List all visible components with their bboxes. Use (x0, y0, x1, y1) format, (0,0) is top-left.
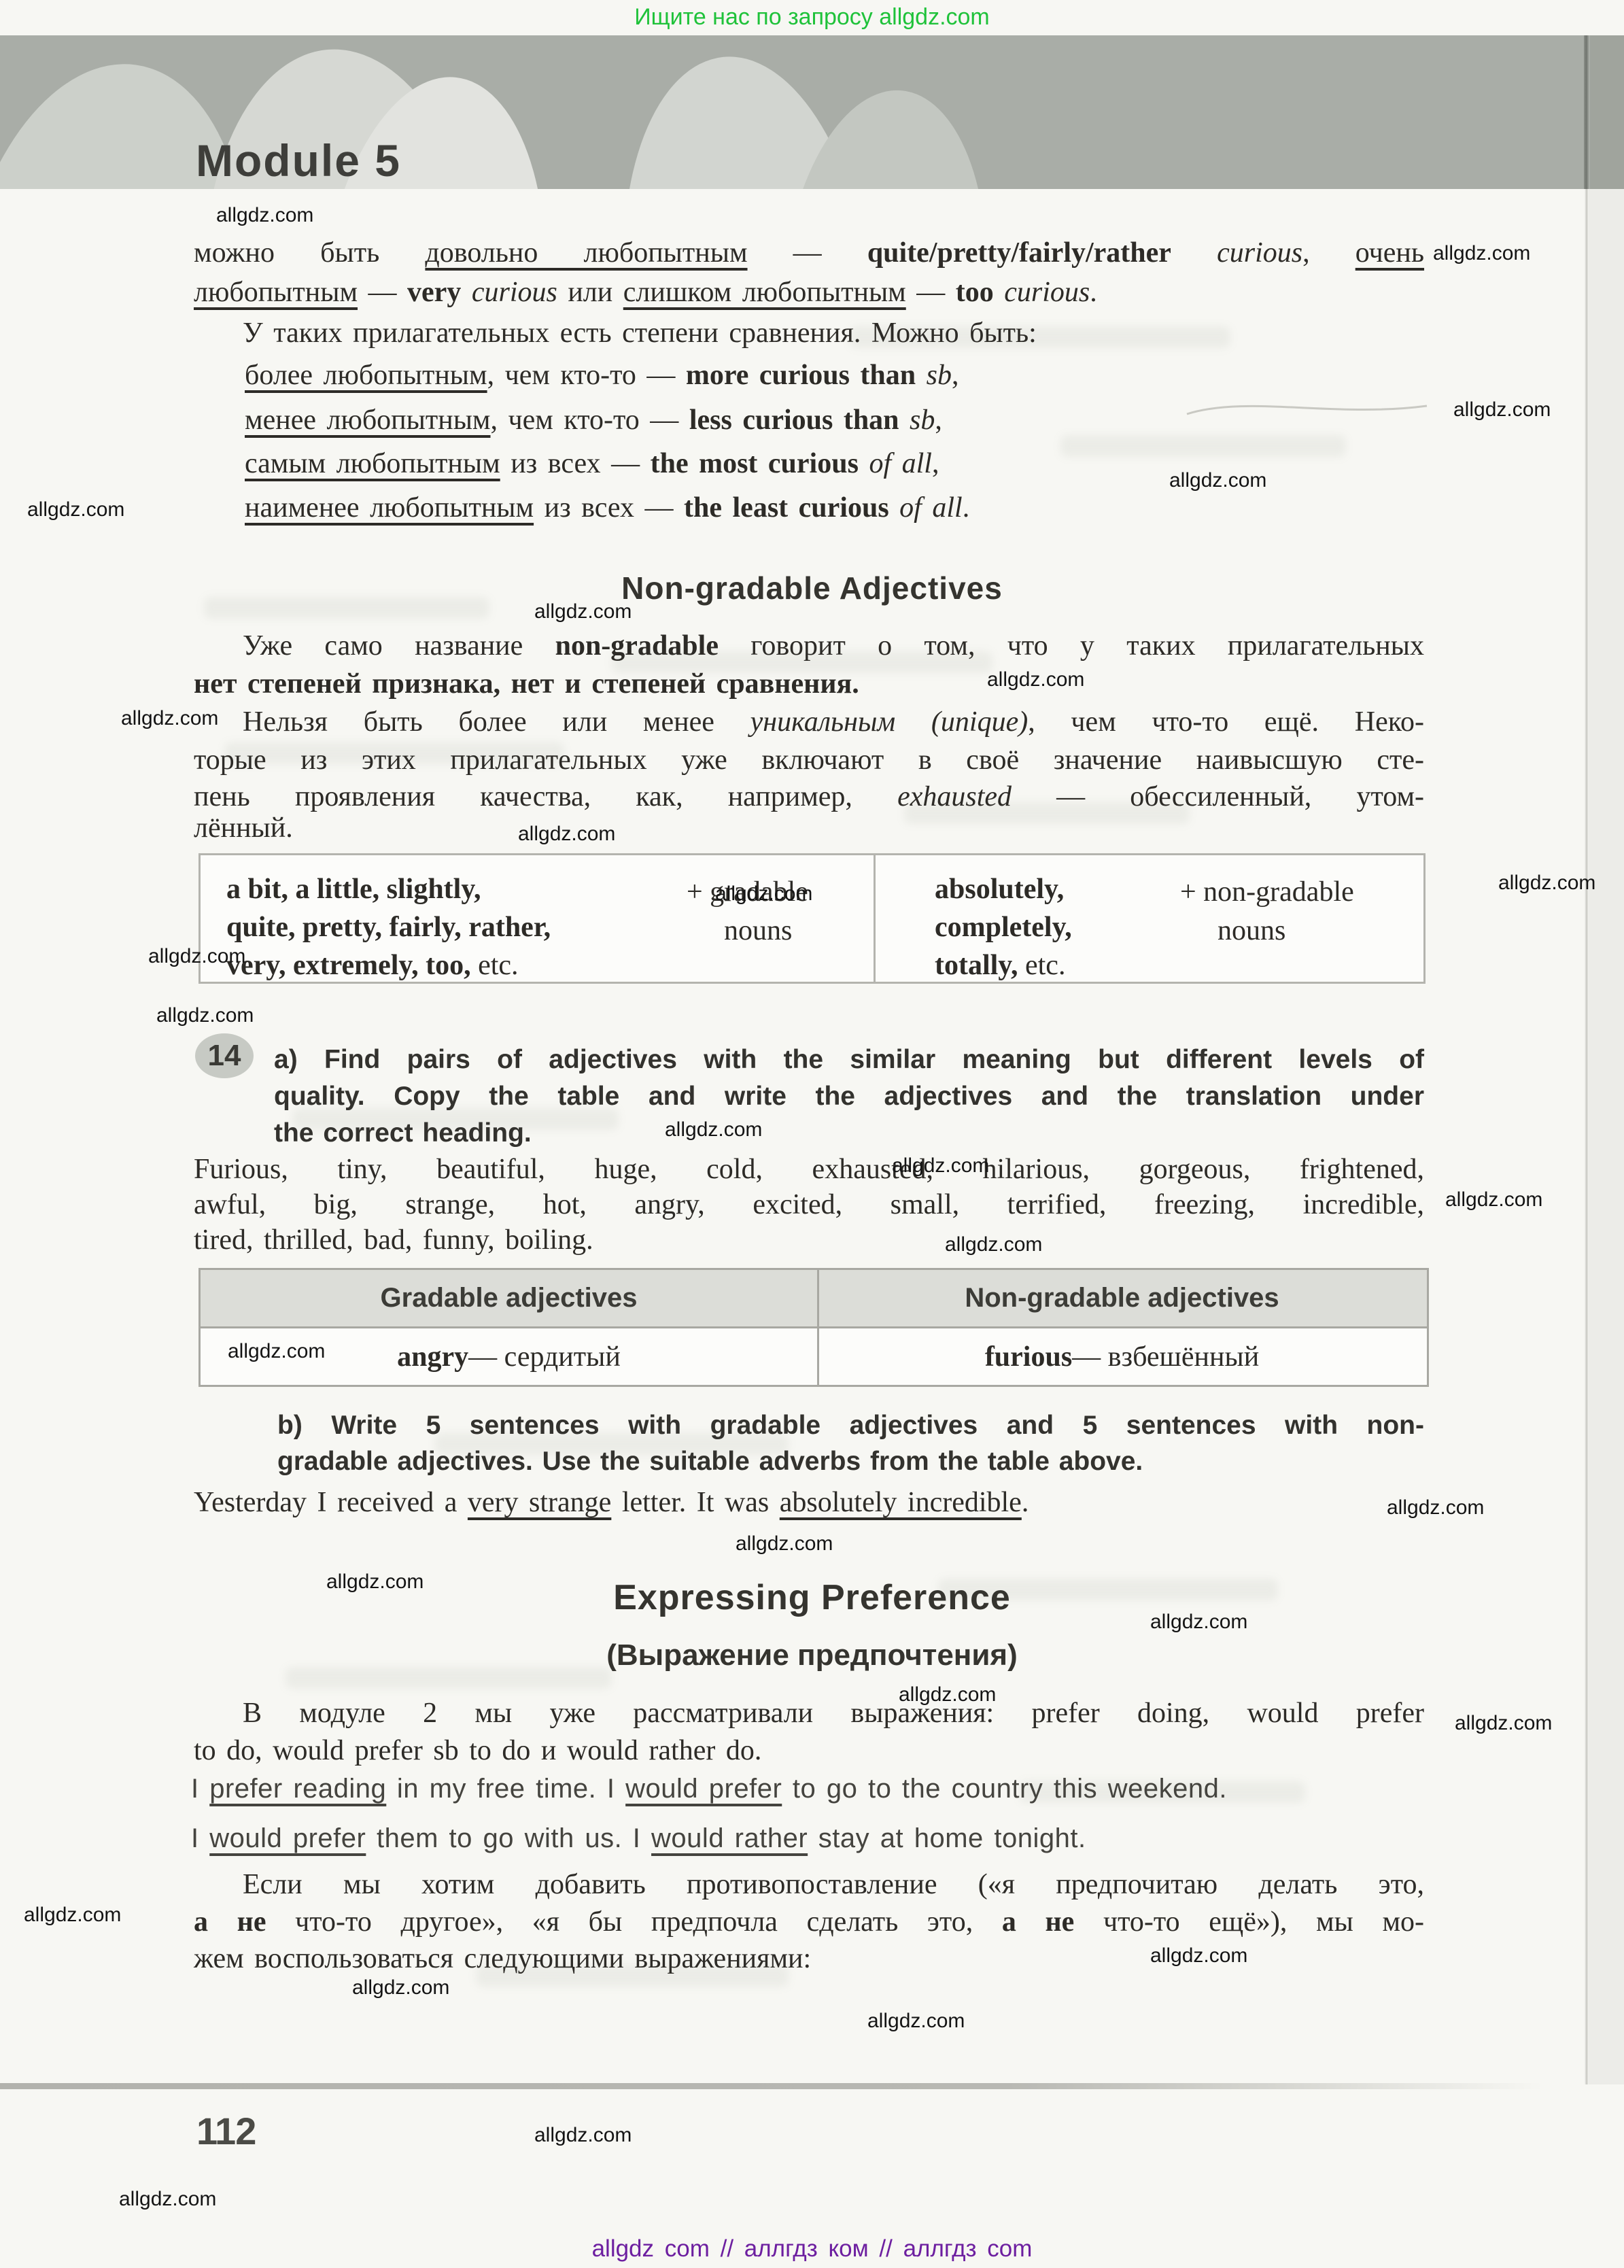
text-segment: — (748, 237, 867, 269)
table-cell-line: quite, pretty, fairly, rather, (226, 908, 551, 946)
comparison-list-line: менее любопытным, чем кто-то — less curi… (245, 404, 1475, 438)
exercise-instruction-line: quality. Copy the table and write the ad… (274, 1081, 1424, 1112)
text-segment: in my free time. I (386, 1774, 625, 1804)
gradable-adverbs-cell: a bit, a little, slightly, quite, pretty… (226, 870, 551, 984)
allgdz-watermark: allgdz.com (892, 1154, 989, 1178)
pairs-table-cell-nongradable: furious — взбешённый (817, 1328, 1427, 1385)
grammar-intro-line: любопытным — very curious или слишком лю… (194, 276, 1424, 310)
page-fold-strip (1590, 35, 1624, 189)
adjective-list-line: Furious, tiny, beautiful, huge, cold, ex… (194, 1153, 1424, 1187)
text-segment: говорит о том, что у таких прилагательны… (719, 630, 1424, 661)
text-segment: prefer reading (209, 1774, 386, 1804)
text-segment: слишком любопытным (623, 277, 906, 308)
text-segment: можно быть (194, 237, 425, 269)
text-segment: — взбешённый (1072, 1341, 1259, 1373)
allgdz-watermark: allgdz.com (352, 1976, 449, 1999)
text-segment: letter. It was (611, 1487, 779, 1518)
grammar-intro-line: У таких прилагательных есть степени срав… (243, 317, 1473, 351)
text-segment: of all (899, 492, 963, 523)
text-segment: too (956, 277, 994, 308)
preference-paragraph-line: В модуле 2 мы уже рассматривали выражени… (194, 1697, 1424, 1731)
exercise-instruction-line: a) Find pairs of adjectives with the sim… (274, 1044, 1424, 1076)
text-segment: нет степеней признака, нет и степеней ср… (194, 668, 859, 700)
nongradable-paragraph-line: пень проявления качества, как, например,… (194, 780, 1424, 814)
comparison-list-line: более любопытным, чем кто-то — more curi… (245, 359, 1475, 393)
table-column-divider (874, 855, 876, 982)
text-segment: — сердитый (468, 1341, 621, 1373)
exercise-number-badge: 14 (195, 1033, 254, 1078)
preference-paragraph-line: Если мы хотим добавить противопоставлени… (194, 1868, 1424, 1902)
allgdz-watermark: allgdz.com (945, 1233, 1042, 1256)
page-fold-crease (1585, 189, 1589, 2084)
text-segment: или (557, 277, 623, 308)
text-segment: . (1090, 277, 1097, 308)
text-segment: Нельзя быть более или менее (243, 706, 750, 738)
text-segment: — (906, 277, 956, 308)
text-segment: У таких прилагательных есть степени срав… (243, 317, 1037, 349)
allgdz-watermark: allgdz.com (665, 1118, 762, 1141)
text-segment: the least curious (684, 492, 889, 523)
nongradable-paragraph-line: торые из этих прилагательных уже включаю… (194, 744, 1424, 778)
text-segment: пень проявления качества, как, например, (194, 781, 897, 812)
text-segment: sb (910, 405, 935, 436)
text-segment: самым любопытным (245, 448, 500, 479)
table-cell-line: absolutely, (935, 870, 1072, 908)
allgdz-watermark: allgdz.com (27, 498, 124, 521)
text-segment: exhausted (897, 781, 1012, 812)
pairs-table-header-gradable: Gradable adjectives (201, 1270, 817, 1326)
allgdz-watermark: allgdz.com (534, 2124, 632, 2147)
allgdz-watermark: allgdz.com (1453, 398, 1551, 422)
text-segment: completely, (935, 912, 1072, 943)
table-cell-line: completely, (935, 908, 1072, 946)
allgdz-watermark: allgdz.com (228, 1340, 325, 1363)
text-segment: to do, would prefer sb to do и would rat… (194, 1735, 761, 1766)
text-segment: любопытным (194, 277, 358, 308)
allgdz-watermark: allgdz.com (867, 2010, 965, 2033)
text-segment: would prefer (209, 1823, 366, 1853)
text-segment: the most curious (651, 448, 859, 479)
text-segment: , (1302, 237, 1355, 269)
text-segment: жем воспользоваться следующими выражения… (194, 1943, 811, 1974)
text-segment: curious (1217, 237, 1302, 269)
allgdz-watermark: allgdz.com (156, 1004, 254, 1027)
text-segment: уникальным (unique) (750, 706, 1029, 738)
text-segment: . (1022, 1487, 1029, 1518)
text-segment (461, 277, 472, 308)
text-segment: to go to the country this weekend. (782, 1774, 1227, 1804)
text-segment: of all (869, 448, 932, 479)
page-fold-strip (1589, 189, 1624, 2084)
preference-paragraph-line: to do, would prefer sb to do и would rat… (194, 1734, 1424, 1768)
adverbs-table: a bit, a little, slightly, quite, pretty… (198, 853, 1426, 984)
page-edge-line (0, 2083, 1624, 2089)
text-segment: quite, pretty, fairly, rather, (226, 912, 551, 943)
section-heading-nongradable: Non-gradable Adjectives (0, 570, 1624, 606)
top-promo-banner: Ищите нас по запросу allgdz.com (0, 4, 1624, 31)
section-heading-preference: Expressing Preference (0, 1577, 1624, 1618)
text-segment: etc. (1025, 950, 1065, 981)
text-segment: curious (472, 277, 557, 308)
exercise-instruction-line: gradable adjectives. Use the suitable ad… (277, 1446, 1424, 1477)
allgdz-watermark: allgdz.com (518, 823, 615, 846)
text-segment: наименее любопытным (245, 492, 534, 523)
text-segment: , (932, 448, 939, 479)
text-segment: more curious than (686, 360, 916, 391)
text-segment: торые из этих прилагательных уже включаю… (194, 744, 1424, 776)
exercise-instruction-line: b) Write 5 sentences with gradable adjec… (277, 1410, 1424, 1441)
page-fold-crease (1584, 35, 1589, 189)
text-segment (916, 360, 927, 391)
text-segment: . (963, 492, 970, 523)
text-segment: very (407, 277, 461, 308)
pairs-table-body-row: angry — сердитый furious — взбешённый (201, 1328, 1427, 1385)
allgdz-watermark: allgdz.com (119, 2188, 216, 2211)
text-segment: что-то ещё»), мы мо- (1074, 1906, 1424, 1938)
allgdz-watermark: allgdz.com (1150, 1611, 1247, 1634)
table-cell-line: + non-gradable (1180, 873, 1354, 912)
text-segment (1171, 237, 1217, 269)
bottom-promo-line: allgdz com // аллгдз ком // аллгдз com (0, 2235, 1624, 2263)
allgdz-watermark: allgdz.com (1169, 469, 1266, 492)
adjective-list-line: tired, thrilled, bad, funny, boiling. (194, 1224, 1424, 1258)
text-segment: totally, (935, 950, 1025, 981)
grammar-intro-line: можно быть довольно любопытным — quite/p… (194, 237, 1424, 271)
text-segment: — обессиленный, утом- (1012, 781, 1424, 812)
text-segment (994, 277, 1005, 308)
text-segment: them to go with us. I (366, 1823, 651, 1853)
nongradable-paragraph-line: нет степеней признака, нет и степеней ср… (194, 668, 1424, 702)
module-title: Module 5 (196, 135, 401, 186)
text-segment: Если мы хотим добавить противопоставлени… (243, 1869, 1424, 1900)
text-segment: а не (1002, 1906, 1074, 1938)
pairs-table: Gradable adjectives Non-gradable adjecti… (198, 1268, 1429, 1387)
text-segment: sb (927, 360, 952, 391)
comparison-list-line: наименее любопытным из всех — the least … (245, 492, 1475, 526)
table-cell-line: totally, etc. (935, 946, 1072, 984)
text-segment: curious (1004, 277, 1090, 308)
text-segment: , (952, 360, 959, 391)
allgdz-watermark: allgdz.com (1445, 1188, 1542, 1212)
allgdz-watermark: allgdz.com (1150, 1944, 1247, 1968)
text-segment: Уже само название (243, 630, 555, 661)
text-segment: quite/pretty/fairly/rather (867, 237, 1171, 269)
text-segment: , чем кто-то — (487, 360, 686, 391)
nongradable-adverbs-cell: absolutely, completely, totally, etc. (935, 870, 1072, 984)
text-segment: non-gradable (555, 630, 719, 661)
allgdz-watermark: allgdz.com (121, 707, 218, 730)
text-segment: absolutely, (935, 874, 1064, 905)
comparison-list-line: самым любопытным из всех — the most curi… (245, 447, 1475, 481)
text-segment: , чем что-то ещё. Неко- (1028, 706, 1424, 738)
text-segment: из всех — (500, 448, 651, 479)
pairs-table-header-nongradable: Non-gradable adjectives (817, 1270, 1427, 1326)
text-segment: would prefer (625, 1774, 782, 1804)
preference-example-sentence: I would prefer them to go with us. I wou… (191, 1823, 1421, 1855)
text-segment: а не (194, 1906, 266, 1938)
text-segment: less curious than (689, 405, 899, 436)
exercise-number: 14 (208, 1039, 241, 1073)
text-segment: более любопытным (245, 360, 487, 391)
section-subheading-preference: (Выражение предпочтения) (0, 1638, 1624, 1672)
allgdz-watermark: allgdz.com (216, 204, 313, 227)
exercise-instruction-line: the correct heading. (274, 1118, 1424, 1149)
text-segment: В модуле 2 мы уже рассматривали выражени… (243, 1698, 1424, 1729)
preference-example-sentence: I prefer reading in my free time. I woul… (191, 1773, 1421, 1805)
page-number: 112 (196, 2109, 256, 2153)
text-segment: furious (985, 1341, 1072, 1373)
text-segment (889, 492, 900, 523)
allgdz-watermark: allgdz.com (1498, 872, 1595, 895)
preference-paragraph-line: а не что-то другое», «я бы предпочла сде… (194, 1906, 1424, 1940)
allgdz-watermark: allgdz.com (24, 1904, 121, 1927)
table-column-divider (817, 1270, 819, 1385)
text-segment: angry (397, 1341, 468, 1373)
text-segment: лённый. (194, 812, 293, 844)
allgdz-watermark: allgdz.com (899, 1683, 996, 1706)
text-segment: very, extremely, too, (226, 950, 478, 981)
allgdz-watermark: allgdz.com (1433, 242, 1530, 265)
allgdz-watermark: allgdz.com (326, 1570, 424, 1594)
table-cell-line: very, extremely, too, etc. (226, 946, 551, 984)
allgdz-watermark: allgdz.com (1455, 1712, 1552, 1735)
allgdz-watermark: allgdz.com (987, 668, 1084, 691)
text-segment: , чем кто-то — (491, 405, 689, 436)
text-segment: — (358, 277, 407, 308)
table-cell-line: nouns (687, 912, 808, 950)
text-segment: из всех — (534, 492, 684, 523)
table-cell-line: a bit, a little, slightly, (226, 870, 551, 908)
text-segment: stay at home tonight. (808, 1823, 1086, 1853)
allgdz-watermark: allgdz.com (1387, 1496, 1484, 1519)
text-segment: Yesterday I received a (194, 1487, 468, 1518)
allgdz-watermark: allgdz.com (534, 600, 632, 623)
nongradable-paragraph-line: Нельзя быть более или менее уникальным (… (194, 706, 1424, 740)
text-segment (859, 448, 869, 479)
text-segment: что-то другое», «я бы предпочла сделать … (266, 1906, 1001, 1938)
table-cell-line: nouns (1180, 912, 1354, 950)
text-segment: очень (1355, 237, 1424, 269)
allgdz-watermark: allgdz.com (715, 882, 812, 906)
module-header-band: Module 5 (0, 35, 1624, 189)
example-sentence: Yesterday I received a very strange lett… (194, 1486, 1424, 1520)
nongradable-nouns-label: + non-gradable nouns (1180, 873, 1354, 950)
text-segment: etc. (478, 950, 518, 981)
nongradable-paragraph-line: лённый. (194, 812, 1424, 846)
text-segment: I (191, 1823, 209, 1853)
nongradable-paragraph-line: Уже само название non-gradable говорит о… (194, 630, 1424, 664)
text-segment: , (935, 405, 942, 436)
text-segment: very strange (468, 1487, 611, 1518)
scanned-textbook-page: Ищите нас по запросу allgdz.com Module 5… (0, 0, 1624, 2268)
pairs-table-header-row: Gradable adjectives Non-gradable adjecti… (201, 1270, 1427, 1328)
text-segment: would rather (651, 1823, 808, 1853)
text-segment (899, 405, 910, 436)
text-segment: a bit, a little, slightly, (226, 874, 481, 905)
adjective-list-line: awful, big, strange, hot, angry, excited… (194, 1188, 1424, 1222)
text-segment: I (191, 1774, 209, 1804)
allgdz-watermark: allgdz.com (736, 1532, 833, 1556)
text-segment: довольно любопытным (425, 237, 747, 269)
text-segment: менее любопытным (245, 405, 491, 436)
allgdz-watermark: allgdz.com (148, 945, 245, 968)
text-segment: absolutely incredible (780, 1487, 1022, 1518)
